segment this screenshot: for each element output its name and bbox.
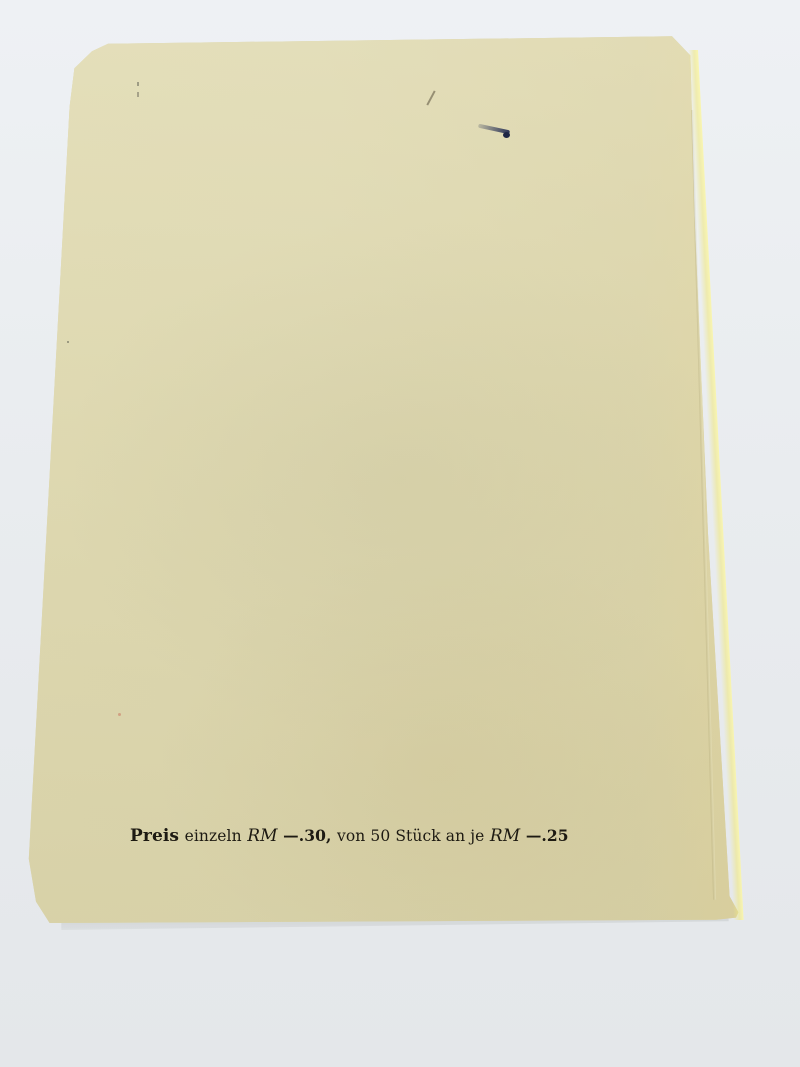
bulk-price: —.25 [526,826,569,845]
photo-scene: Preis einzeln RM —.30, von 50 Stück an j… [0,0,800,1067]
price-line: Preis einzeln RM —.30, von 50 Stück an j… [130,826,650,846]
paper-speck [67,341,69,343]
booklet-back-cover [0,0,800,1067]
paper-speck [118,713,121,716]
paper-speck [137,82,139,86]
currency-symbol: RM [490,826,520,846]
currency-symbol: RM [247,826,277,846]
paper-speck [137,92,139,97]
pen-mark-dot [503,132,510,138]
price-lead: Preis [130,826,179,846]
single-label: einzeln [185,827,242,845]
bulk-label: von 50 Stück an je [337,827,484,845]
single-price: —.30, [283,826,331,845]
